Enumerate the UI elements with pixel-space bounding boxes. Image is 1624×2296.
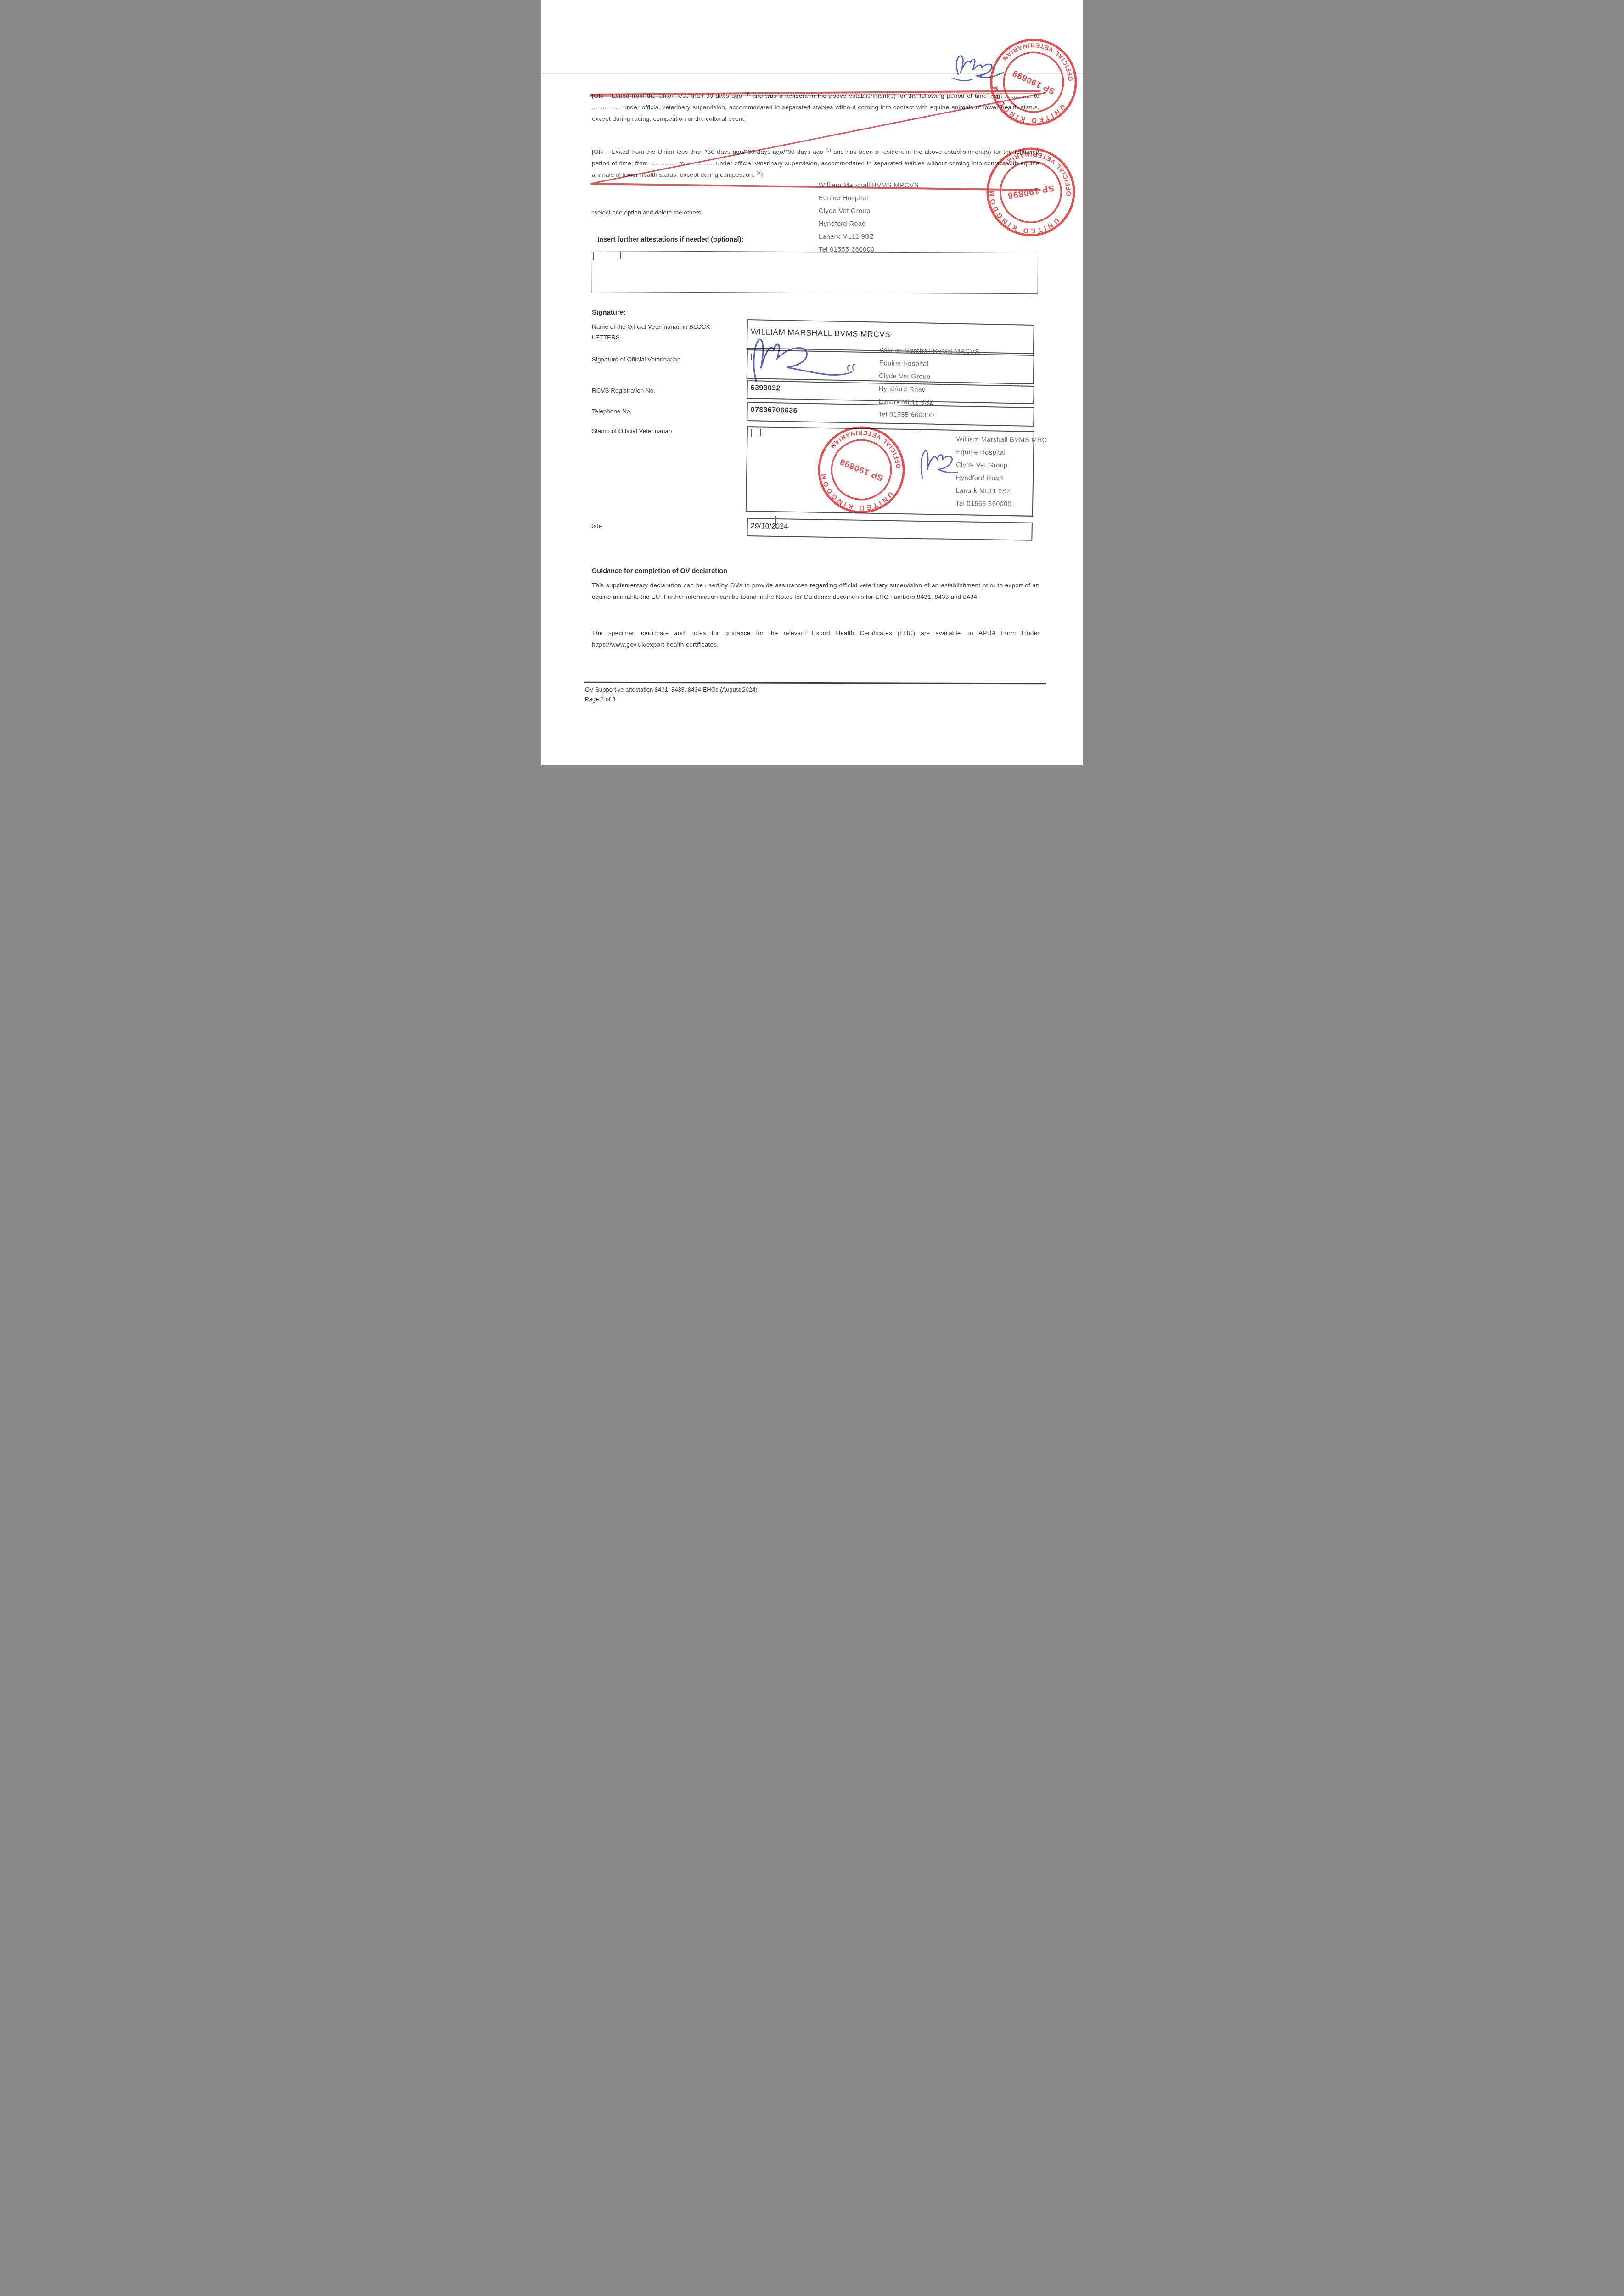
ehc-link[interactable]: https://www.gov.uk/export-health-certifi… (592, 641, 717, 648)
name-label: Name of the Official Veterinarian in BLO… (592, 321, 734, 343)
imprint-line: Tel 01555 660000 (955, 500, 1046, 514)
date-value: 29/10/2024 (748, 519, 1032, 535)
svg-text:UNITED KINGDOM: UNITED KINGDOM (976, 186, 1062, 248)
scan-fold-line (541, 73, 1083, 74)
attestation-option2: [OR – Exited from the Union less than *3… (592, 146, 1040, 180)
imprint-line: Clyde Vet Group (956, 461, 1047, 475)
scanned-document-page: [OR – Exited from the Union less than 30… (541, 0, 1083, 765)
stamp-label: Stamp of Official Veterinarian (592, 428, 672, 434)
vet-stamp-imprint-1: William Marshall BVMS MRCVS Equine Hospi… (819, 182, 919, 259)
scan-tick (775, 516, 776, 528)
select-option-note: *select one option and delete the others (592, 209, 701, 216)
signature-label: Signature of Official Veterinarian (592, 356, 680, 363)
imprint-name: William Marshall BVMS MRC (956, 436, 1047, 450)
guidance-text-end: . (717, 641, 719, 648)
imprint-line: Clyde Vet Group (879, 370, 979, 385)
imprint-line: Hyndford Road (819, 220, 919, 233)
option2-text: [OR – Exited from the Union less than *3… (592, 148, 826, 155)
imprint-line: Equine Hospital (879, 357, 979, 372)
scan-tick (593, 252, 594, 260)
option2-text-end: ] (762, 171, 764, 178)
imprint-name: William Marshall BVMS MRCVS (819, 182, 919, 195)
footnote-marker-4: (4) (756, 171, 762, 175)
scan-tick (760, 429, 761, 436)
rcvs-label: RCVS Registration No. (592, 387, 655, 394)
imprint-line: Equine Hospital (956, 449, 1047, 462)
imprint-line: Lanark ML11 9SZ (955, 487, 1046, 501)
rcvs-field-box: 6393032 (747, 380, 1034, 404)
guidance-heading: Guidance for completion of OV declaratio… (592, 568, 727, 575)
initials-top-right (956, 56, 1003, 78)
signature-heading: Signature: (592, 309, 626, 316)
imprint-line: Equine Hospital (819, 195, 919, 208)
imprint-line: Lanark ML11 9SZ (819, 233, 919, 246)
phone-label: Telephone No. (592, 408, 632, 415)
phone-value: 07836706635 (747, 403, 1033, 420)
footer-page-number: Page 2 of 3 (585, 696, 616, 703)
guidance-paragraph-1: This supplementary declaration can be us… (592, 580, 1040, 602)
insert-attestations-heading: Insert further attestations if needed (o… (597, 236, 743, 243)
footer-rule (584, 682, 1046, 685)
svg-text:SP 190898: SP 190898 (1007, 183, 1055, 201)
scan-tick (751, 429, 752, 437)
footnote-marker-3b: (3) (826, 148, 831, 152)
rcvs-value: 6393032 (748, 381, 1034, 398)
imprint-line: Hyndford Road (956, 474, 1047, 488)
date-field-box: 29/10/2024 (747, 518, 1033, 541)
footnote-marker-3: (3) (745, 92, 750, 96)
footer-document-title: OV Supportive attestation 8431, 8433, 84… (585, 686, 758, 693)
initials-top-tail (953, 78, 973, 81)
date-label: Date (589, 523, 602, 529)
further-attestations-box (592, 251, 1038, 294)
vet-stamp-imprint-3: William Marshall BVMS MRC Equine Hospita… (955, 436, 1047, 514)
svg-text:OFFICIAL VETERINARIAN: OFFICIAL VETERINARIAN (1000, 32, 1082, 83)
guidance-paragraph-2: The specimen certificate and notes for g… (592, 627, 1040, 650)
imprint-name: William Marshall BVMS MRCVS (879, 344, 979, 359)
scan-tick (620, 252, 621, 259)
guidance-text: The specimen certificate and notes for g… (592, 630, 1040, 636)
name-value: WILLIAM MARSHALL BVMS MRCVS (747, 320, 1034, 342)
imprint-line: Clyde Vet Group (819, 208, 919, 220)
scan-tick (751, 354, 752, 360)
phone-field-box: 07836706635 (747, 402, 1034, 427)
attestation-option1: [OR – Exited from the Union less than 30… (592, 90, 1040, 124)
option1-text: [OR – Exited from the Union less than 30… (592, 92, 745, 99)
